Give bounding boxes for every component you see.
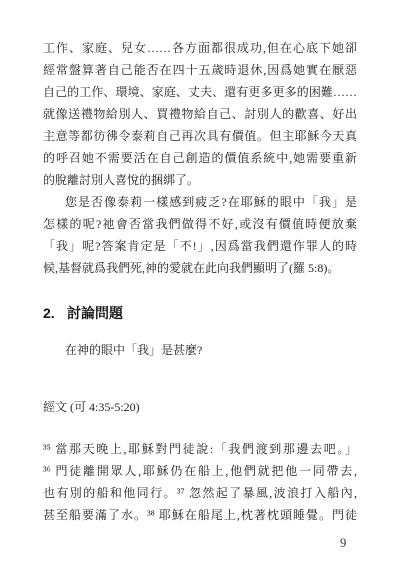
section-heading: 2.討論問題 [43, 302, 357, 324]
page-number: 9 [340, 535, 346, 551]
body-paragraph-continuation: 工作、家庭、兒女……各方面都很成功,但在心底下她卻經常盤算著自己能否在四十五歲時… [43, 37, 357, 191]
document-page: 工作、家庭、兒女……各方面都很成功,但在心底下她卻經常盤算著自己能否在四十五歲時… [0, 0, 400, 566]
section-title: 討論問題 [67, 305, 123, 321]
body-paragraph-reflection: 您是否像泰莉一樣感到疲乏?在耶穌的眼中「我」是怎樣的呢?祂會否當我們做得不好,或… [43, 191, 357, 279]
section-number: 2. [43, 302, 67, 324]
scripture-passage: ³⁵ 當那天晚上,耶穌對門徒說:「我們渡到那邊去吧。」³⁶ 門徒離開眾人,耶穌仍… [43, 438, 357, 526]
discussion-question: 在神的眼中「我」是甚麼? [43, 339, 357, 361]
scripture-reference: 經文 (可 4:35-5:20) [43, 396, 357, 418]
